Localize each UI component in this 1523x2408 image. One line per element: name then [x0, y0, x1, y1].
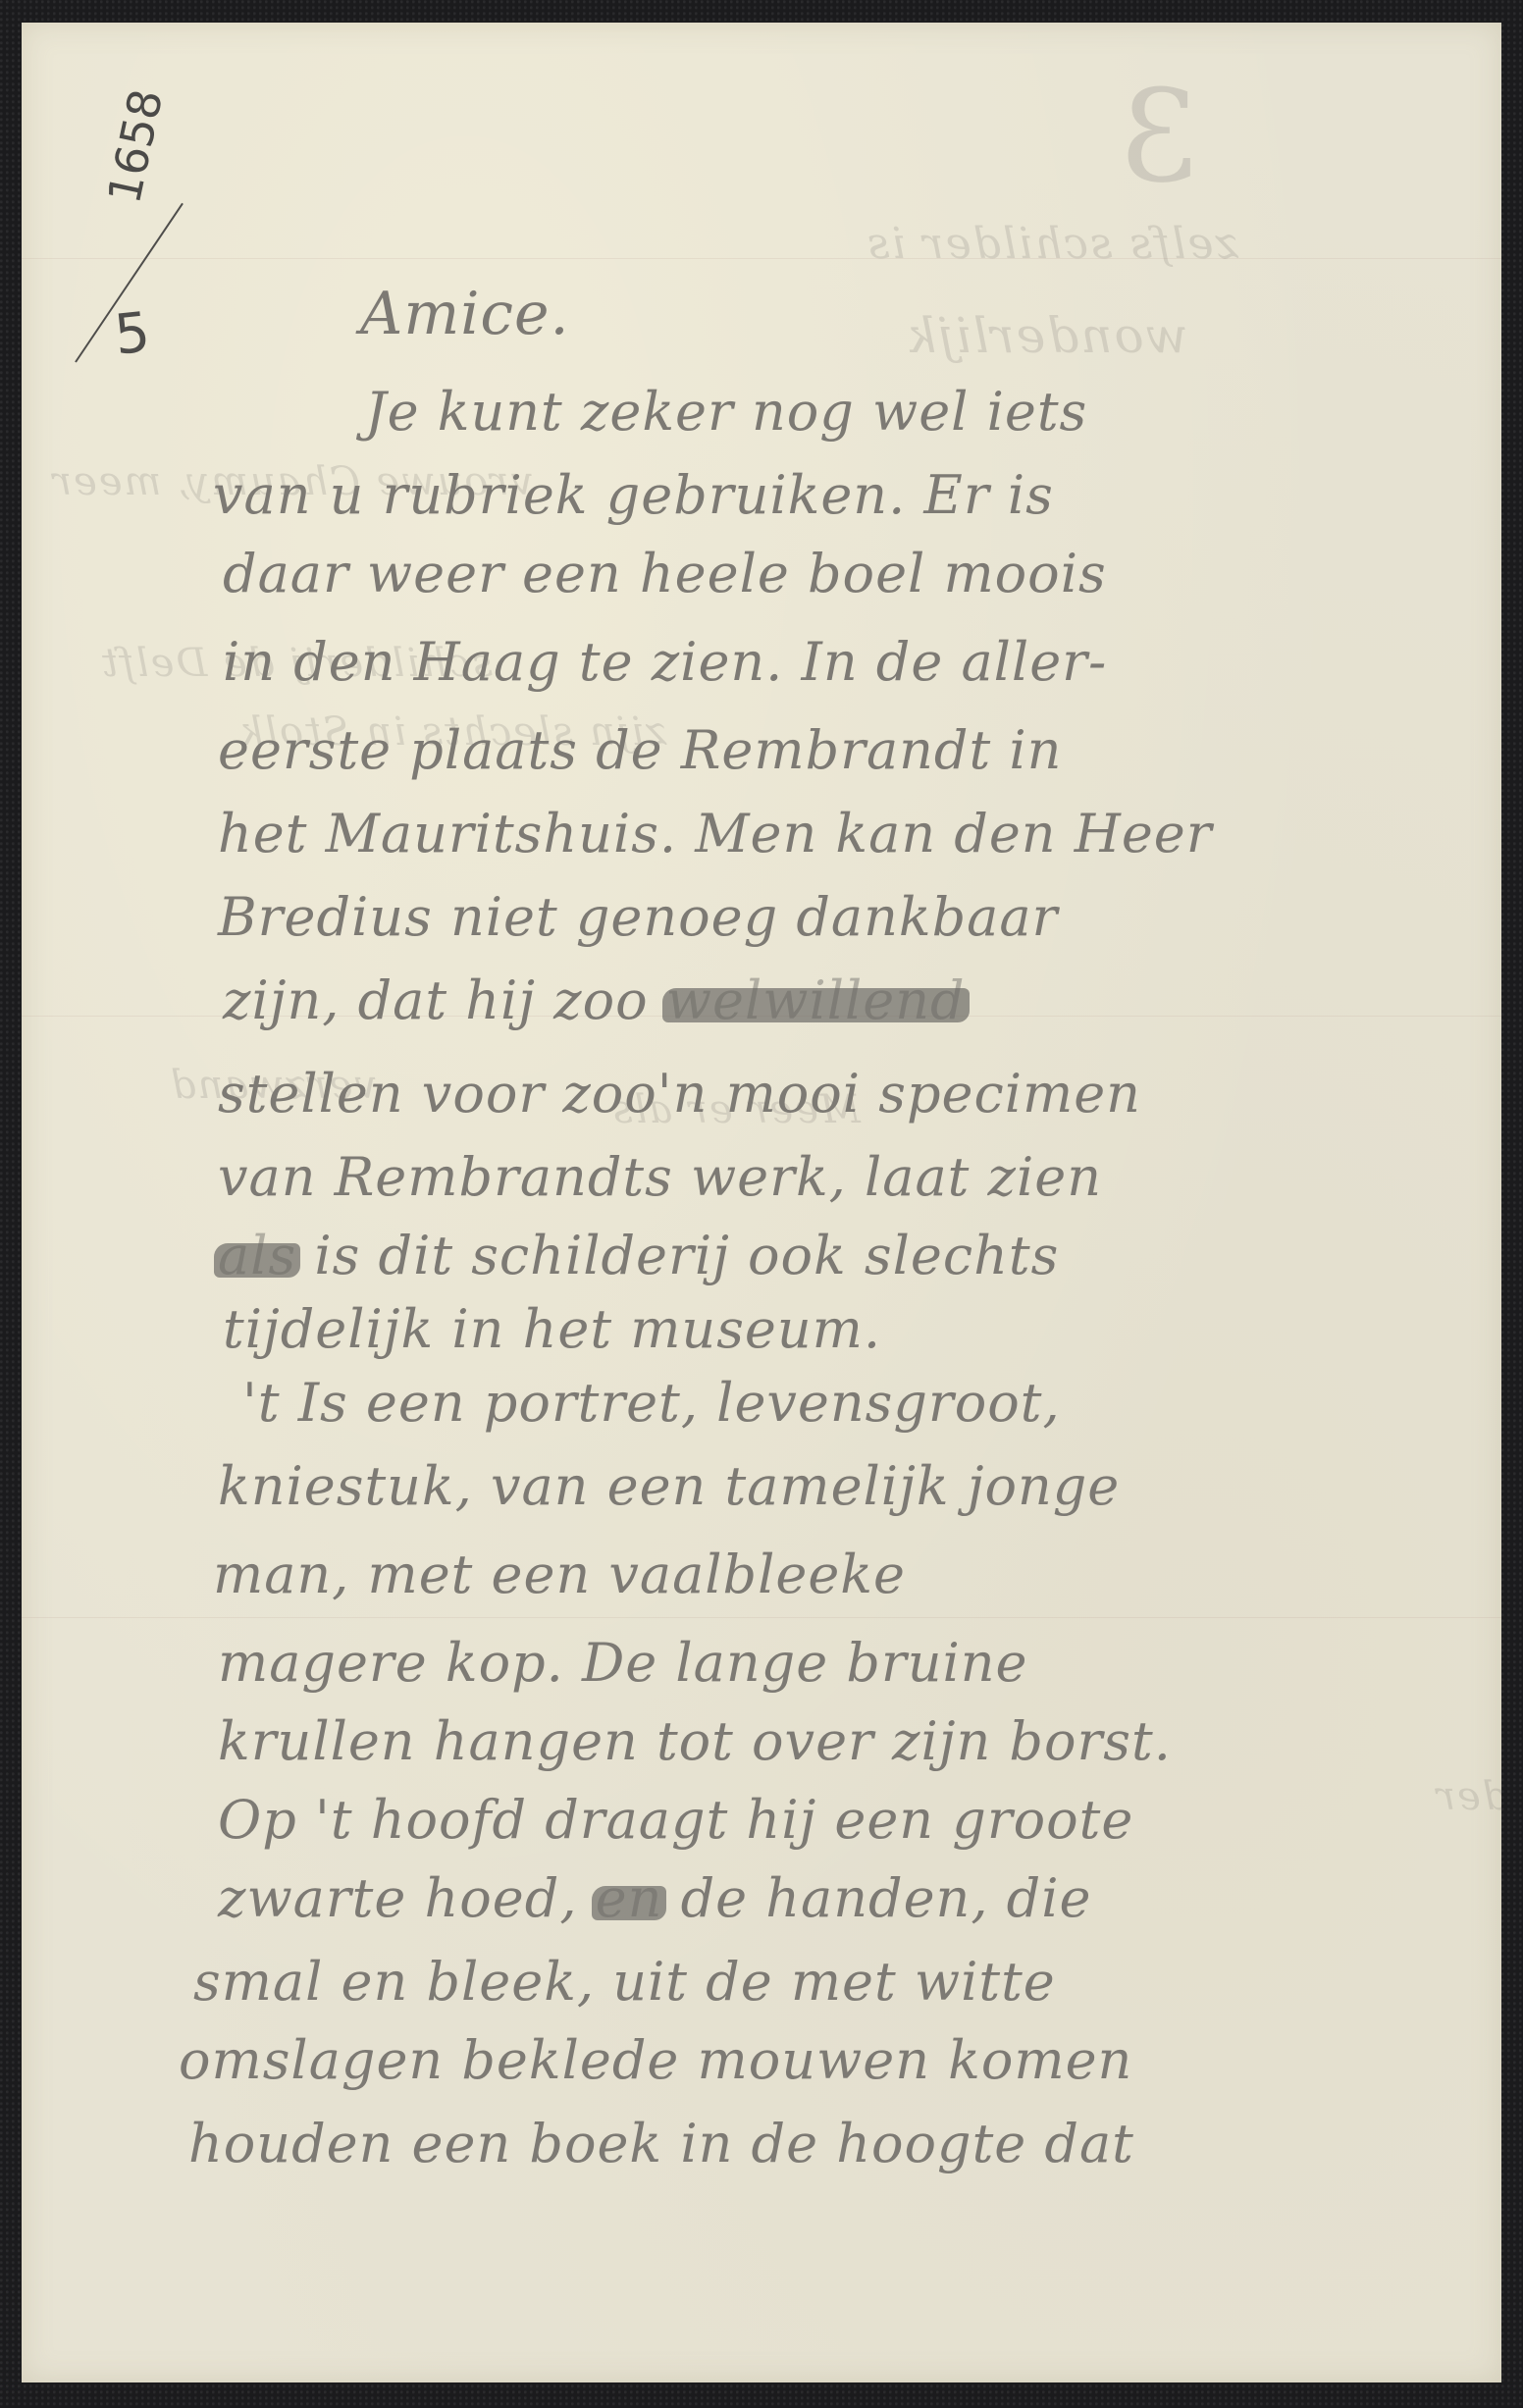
bleed-through-text: wonderlijk — [905, 307, 1187, 364]
letter-line: magere kop. De lange bruine — [218, 1632, 1028, 1694]
letter-line: Bredius niet genoeg dankbaar — [218, 886, 1058, 948]
letter-line: zijn, dat hij zoo welwillend — [223, 969, 966, 1031]
letter-line: in den Haag te zien. In de aller- — [223, 631, 1107, 693]
letter-line: zwarte hoed, en de handen, die — [218, 1867, 1091, 1929]
letter-line: krullen hangen tot over zijn borst. — [218, 1710, 1172, 1772]
struck-out-word: als — [218, 1225, 296, 1286]
letter-line: man, met een vaalbleeke — [213, 1544, 906, 1605]
ruling-line — [22, 258, 1501, 259]
letter-line: 't Is een portret, levensgroot, — [242, 1372, 1061, 1434]
letter-line: Op 't hoofd draagt hij een groote — [218, 1789, 1133, 1851]
letter-line: van u rubriek gebruiken. Er is — [213, 464, 1054, 526]
struck-out-word: en — [596, 1867, 663, 1929]
letter-line: eerste plaats de Rembrandt in — [218, 719, 1062, 781]
salutation: Amice. — [360, 280, 570, 348]
bleed-through-text: zelfs schilder is — [866, 219, 1238, 269]
struck-out-word: welwillend — [666, 969, 966, 1031]
page-number-mark: 3 — [1119, 62, 1200, 211]
ruling-line — [22, 1617, 1501, 1618]
letter-line: als is dit schilderij ook slechts — [218, 1225, 1059, 1286]
letter-line: Je kunt zeker nog wel iets — [365, 381, 1087, 443]
letter-line: smal en bleek, uit de met witte — [193, 1951, 1056, 2013]
folio-number: 5 — [112, 300, 153, 367]
letter-line: stellen voor zoo'n mooi specimen — [218, 1063, 1141, 1125]
letter-line: tijdelijk in het museum. — [223, 1298, 881, 1360]
letter-line: het Mauritshuis. Men kan den Heer — [218, 803, 1213, 864]
letter-line: omslagen beklede mouwen komen — [179, 2029, 1132, 2091]
letter-line: van Rembrandts werk, laat zien — [218, 1146, 1102, 1208]
letter-page: 3 zelfs schilder is wonderlijk vrouwe Ch… — [22, 23, 1501, 2382]
letter-line: kniestuk, van een tamelijk jonge — [218, 1455, 1120, 1517]
archive-number: 1658 — [97, 84, 173, 208]
bleed-through-text: Mulder — [1435, 1774, 1501, 1819]
letter-line: houden een boek in de hoogte dat — [188, 2113, 1134, 2174]
letter-line: daar weer een heele boel moois — [223, 543, 1107, 604]
